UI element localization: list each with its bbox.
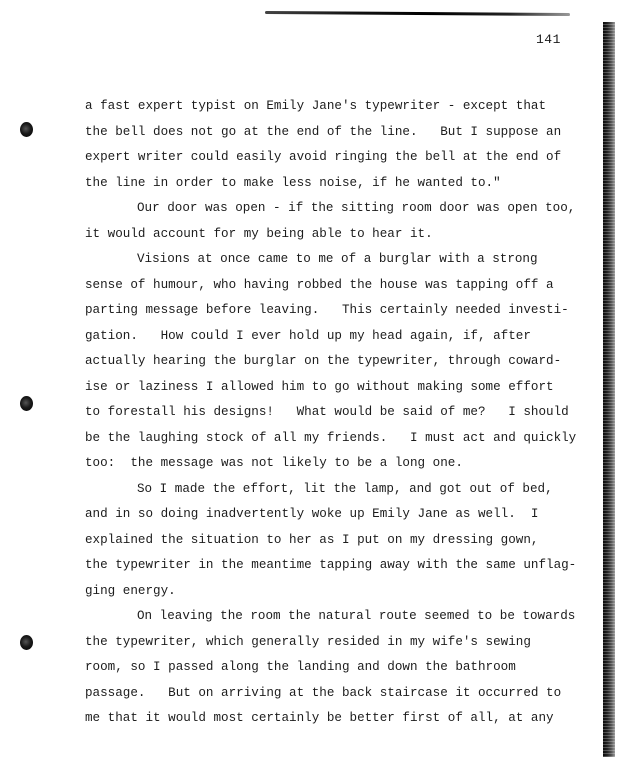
- document-page: 141 a fast expert typist on Emily Jane's…: [0, 0, 640, 757]
- text-line: be the laughing stock of all my friends.…: [85, 426, 595, 452]
- text-line: gation. How could I ever hold up my head…: [85, 324, 595, 350]
- scanned-page-edge: [603, 22, 615, 757]
- text-line: So I made the effort, lit the lamp, and …: [85, 477, 595, 503]
- text-line: the typewriter in the meantime tapping a…: [85, 553, 595, 579]
- text-line: a fast expert typist on Emily Jane's typ…: [85, 94, 595, 120]
- page-number: 141: [536, 32, 561, 47]
- top-rule-line: [265, 11, 570, 16]
- punch-hole-icon: [20, 122, 33, 137]
- text-line: it would account for my being able to he…: [85, 222, 595, 248]
- text-line: the bell does not go at the end of the l…: [85, 120, 595, 146]
- punch-hole-icon: [20, 635, 33, 650]
- text-line: too: the message was not likely to be a …: [85, 451, 595, 477]
- text-line: the line in order to make less noise, if…: [85, 171, 595, 197]
- body-text: a fast expert typist on Emily Jane's typ…: [85, 94, 595, 732]
- text-line: explained the situation to her as I put …: [85, 528, 595, 554]
- text-line: On leaving the room the natural route se…: [85, 604, 595, 630]
- text-line: passage. But on arriving at the back sta…: [85, 681, 595, 707]
- text-line: Our door was open - if the sitting room …: [85, 196, 595, 222]
- text-line: parting message before leaving. This cer…: [85, 298, 595, 324]
- text-line: sense of humour, who having robbed the h…: [85, 273, 595, 299]
- text-line: expert writer could easily avoid ringing…: [85, 145, 595, 171]
- text-line: ise or laziness I allowed him to go with…: [85, 375, 595, 401]
- text-line: and in so doing inadvertently woke up Em…: [85, 502, 595, 528]
- text-line: to forestall his designs! What would be …: [85, 400, 595, 426]
- text-line: me that it would most certainly be bette…: [85, 706, 595, 732]
- text-line: ging energy.: [85, 579, 595, 605]
- text-line: actually hearing the burglar on the type…: [85, 349, 595, 375]
- text-line: Visions at once came to me of a burglar …: [85, 247, 595, 273]
- text-line: room, so I passed along the landing and …: [85, 655, 595, 681]
- punch-hole-icon: [20, 396, 33, 411]
- text-line: the typewriter, which generally resided …: [85, 630, 595, 656]
